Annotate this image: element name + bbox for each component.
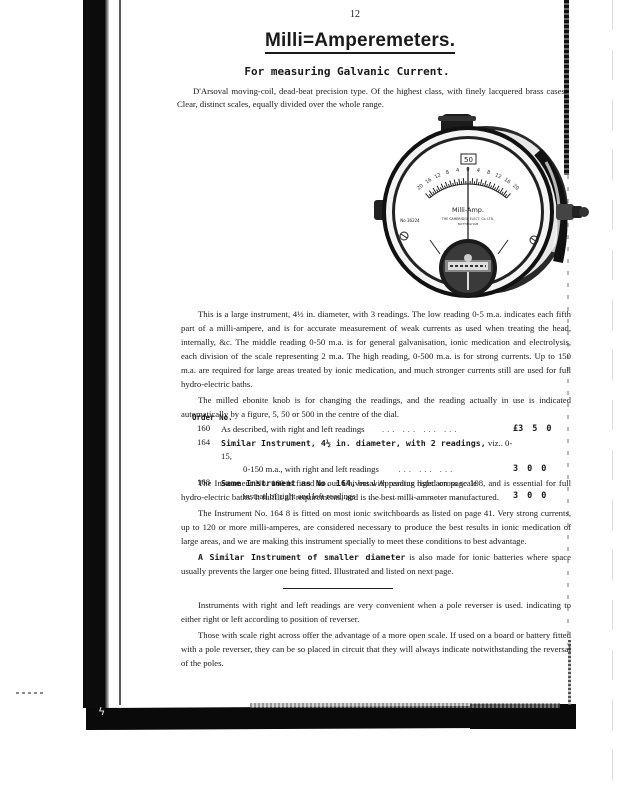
order-description: As described, with right and left readin… — [221, 423, 513, 436]
gutter-line — [119, 0, 121, 705]
svg-text:No 36224: No 36224 — [400, 218, 420, 223]
milli-ammeter-icon: 20161284048121620 50 Milli-Amp. No 36224… — [368, 112, 590, 307]
description-paragraph: This is a large instrument, 4½ in. diame… — [181, 307, 571, 391]
instrument-160-paragraph: The Instrument No. 160 is fitted to our … — [181, 476, 571, 504]
page-subtitle: For measuring Galvanic Current. — [125, 65, 567, 78]
order-no-header: Order No. — [192, 413, 233, 422]
binding-edge — [105, 0, 109, 708]
section-divider — [283, 588, 393, 589]
page-title: Milli=Amperemeters. — [265, 31, 455, 54]
price-list-row: 160 As described, with right and left re… — [197, 423, 587, 436]
corner-mark-icon: ϟ — [98, 705, 105, 718]
order-description: Similar Instrument, 4½ in. diameter, wit… — [221, 437, 513, 476]
svg-text:NOTTINGHAM: NOTTINGHAM — [458, 222, 479, 226]
price-list-row: 164 Similar Instrument, 4½ in. diameter,… — [197, 437, 587, 476]
catalog-page: 12 Milli=Amperemeters. For measuring Gal… — [125, 0, 565, 700]
svg-text:50: 50 — [464, 156, 473, 164]
smaller-instrument-paragraph: A Similar Instrument of smaller diameter… — [181, 550, 571, 578]
book-binding-left — [83, 0, 105, 708]
order-number: 160 — [197, 423, 221, 436]
instrument-164-paragraph: The Instrument No. 164 8 is fitted on mo… — [181, 506, 571, 548]
knob-paragraph: The milled ebonite knob is for changing … — [181, 393, 571, 421]
right-left-readings-paragraph: Instruments with right and left readings… — [181, 598, 571, 626]
svg-text:Milli-Amp.: Milli-Amp. — [452, 206, 484, 214]
page-number: 12 — [350, 9, 360, 20]
order-number: 164 — [197, 437, 221, 476]
order-price: 3 0 0 — [513, 437, 546, 476]
scan-artifact-line — [612, 0, 613, 800]
svg-text:THE CAMBRIDGE ELECT. Co. LTD.: THE CAMBRIDGE ELECT. Co. LTD. — [441, 217, 494, 221]
milli-ammeter-illustration: 20161284048121620 50 Milli-Amp. No 36224… — [368, 112, 590, 307]
intro-paragraph: D'Arsoval moving-coil, dead-beat precisi… — [177, 85, 567, 111]
order-price: £3 5 0 — [513, 423, 552, 436]
scale-across-paragraph: Those with scale right across offer the … — [181, 628, 571, 670]
description-section: This is a large instrument, 4½ in. diame… — [181, 307, 571, 421]
readings-section: Instruments with right and left readings… — [181, 598, 571, 670]
notes-section: The Instrument No. 160 is fitted to our … — [181, 476, 571, 578]
book-binding-bottom — [86, 706, 481, 730]
binding-speckle — [250, 703, 560, 708]
scan-artifact-mark — [16, 692, 46, 694]
